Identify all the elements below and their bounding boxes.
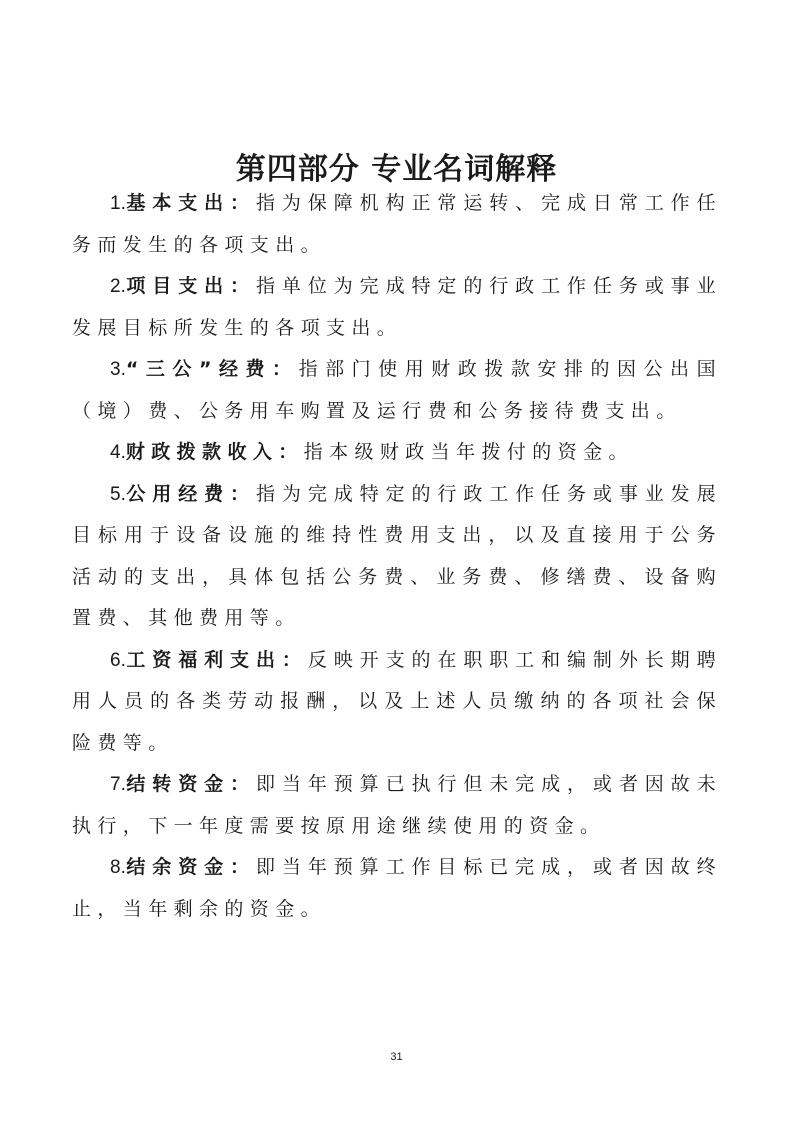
definition-number: 2.: [110, 276, 126, 297]
definition-item: 8.结余资金：即当年预算工作目标已完成，或者因故终止，当年剩余的资金。: [72, 847, 722, 930]
definition-item: 1.基本支出：指为保障机构正常运转、完成日常工作任务而发生的各项支出。: [72, 183, 722, 266]
definition-term: 5.公用经费：: [110, 483, 256, 505]
definition-number: 7.: [110, 774, 126, 795]
definition-number: 1.: [110, 193, 126, 214]
definition-term: 7.结转资金：: [110, 773, 256, 795]
definition-term: 4.财政拨款收入：: [110, 441, 304, 463]
page-number: 31: [0, 1051, 793, 1063]
definition-text: 指本级财政当年拨付的资金。: [304, 441, 634, 463]
definition-item: 7.结转资金：即当年预算已执行但未完成，或者因故未执行，下一年度需要按原用途继续…: [72, 764, 722, 847]
definition-number: 5.: [110, 484, 126, 505]
definitions-list: 1.基本支出：指为保障机构正常运转、完成日常工作任务而发生的各项支出。 2.项目…: [72, 183, 722, 930]
definition-number: 8.: [110, 857, 126, 878]
definition-number: 6.: [110, 650, 126, 671]
definition-term: 2.项目支出：: [110, 275, 256, 297]
definition-term: 1.基本支出：: [110, 192, 256, 214]
definition-item: 5.公用经费：指为完成特定的行政工作任务或事业发展目标用于设备设施的维持性费用支…: [72, 474, 722, 640]
definition-term: 3.“三公”经费：: [110, 358, 299, 380]
definition-item: 3.“三公”经费：指部门使用财政拨款安排的因公出国（境）费、公务用车购置及运行费…: [72, 349, 722, 432]
definition-item: 4.财政拨款收入：指本级财政当年拨付的资金。: [72, 432, 722, 474]
definition-number: 3.: [110, 359, 126, 380]
definition-term: 8.结余资金：: [110, 856, 256, 878]
definition-item: 6.工资福利支出：反映开支的在职职工和编制外长期聘用人员的各类劳动报酬，以及上述…: [72, 640, 722, 765]
definition-item: 2.项目支出：指单位为完成特定的行政工作任务或事业发展目标所发生的各项支出。: [72, 266, 722, 349]
definition-number: 4.: [110, 442, 126, 463]
definition-term: 6.工资福利支出：: [110, 649, 308, 671]
